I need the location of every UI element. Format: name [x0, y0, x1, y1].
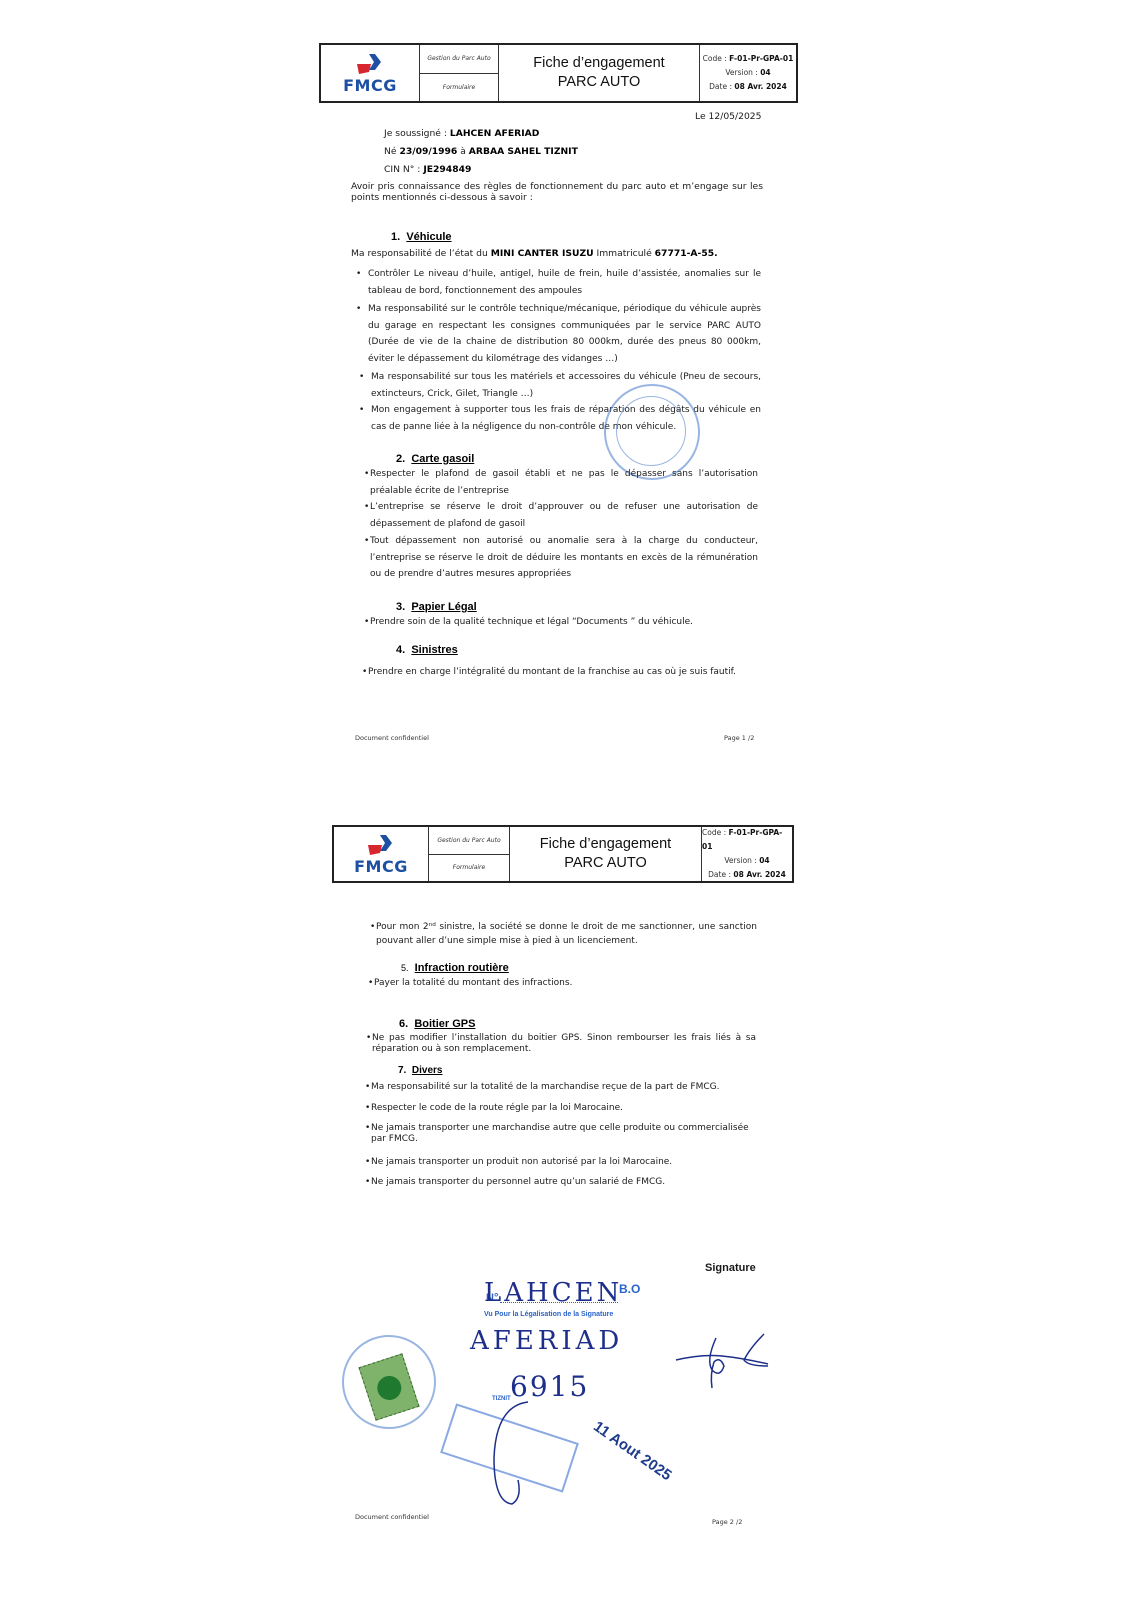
section-1-bullet-2: •Ma responsabilité sur le contrôle techn… [368, 301, 761, 367]
fiscal-stamp [358, 1353, 419, 1420]
brand-name: FMCG [343, 76, 397, 95]
sinistre-continued-bullet: •Pour mon 2ⁿᵈ sinistre, la société se do… [376, 920, 757, 948]
legalization-round-stamp [342, 1335, 436, 1429]
title-line-2: PARC AUTO [558, 73, 640, 92]
company-logo: FMCG [321, 45, 420, 101]
section-2-bullet-1: •Respecter le plafond de gasoil établi e… [370, 466, 758, 499]
section-2-bullet-3: •Tout dépassement non autorisé ou anomal… [370, 533, 758, 583]
stamp-date: 11 Aout 2025 [590, 1418, 674, 1484]
signature-mark-icon [672, 1330, 772, 1390]
title-line-2: PARC AUTO [564, 854, 646, 873]
doc-type-label: Formulaire [429, 855, 509, 882]
section-6-heading: 6. Boitier GPS [399, 1018, 475, 1030]
section-7-bullet-2: •Respecter le code de la route régle par… [371, 1100, 757, 1117]
section-5-heading: 5. Infraction routière [401, 962, 509, 974]
title-line-1: Fiche d’engagement [540, 835, 671, 854]
footer-page-number: Page 2 /2 [712, 1518, 742, 1526]
document-code-block: Code : F-01-Pr-GPA-01 Version : 04 Date … [700, 45, 796, 101]
doc-type-label: Formulaire [420, 74, 498, 102]
document-date: Le 12/05/2025 [695, 108, 761, 125]
handwritten-loop-icon [488, 1398, 538, 1508]
document-code-block: Code : F-01-Pr-GPA-01 Version : 04 Date … [702, 827, 792, 881]
document-title: Fiche d’engagement PARC AUTO [510, 827, 702, 881]
section-4-heading: 4. Sinistres [396, 644, 458, 656]
footer-page-number: Page 1 /2 [724, 734, 754, 742]
identity-birth: Né 23/09/1996 à ARBAA SAHEL TIZNIT [384, 143, 578, 160]
footer-confidential: Document confidentiel [355, 1513, 429, 1521]
code-line: Code : F-01-Pr-GPA-01 [702, 826, 792, 854]
section-1-bullet-4: •Mon engagement à supporter tous les fra… [371, 402, 761, 435]
version-line: Version : 04 [724, 854, 769, 868]
section-7-bullet-3: •Ne jamais transporter une marchandise a… [371, 1123, 761, 1145]
section-5-bullet-1: •Payer la totalité du montant des infrac… [374, 975, 754, 992]
handwritten-first-name: LAHCEN [484, 1278, 622, 1308]
section-1-bullet-3: •Ma responsabilité sur tous les matériel… [371, 369, 761, 402]
identity-name: Je soussigné : LAHCEN AFERIAD [384, 125, 539, 142]
section-1-bullet-1: •Contrôler Le niveau d’huile, antigel, h… [368, 266, 761, 299]
section-7-bullet-4: •Ne jamais transporter un produit non au… [371, 1154, 757, 1171]
page-1: FMCG Gestion du Parc Auto Formulaire Fic… [0, 0, 1131, 790]
stamp-vu-label: Vu Pour la Légalisation de la Signature [484, 1311, 613, 1318]
fmcg-arrow-icon [366, 833, 396, 857]
section-2-bullet-2: •L’entreprise se réserve le droit d’appr… [370, 499, 758, 532]
section-1-lead: Ma responsabilité de l’état du MINI CANT… [351, 245, 718, 262]
handwritten-last-name: AFERIAD [470, 1326, 623, 1356]
identity-cin: CIN N° : JE294849 [384, 161, 471, 178]
company-logo: FMCG [334, 827, 429, 881]
footer-confidential: Document confidentiel [355, 734, 429, 742]
section-2-heading: 2. Carte gasoil [396, 453, 474, 465]
section-7-bullet-5: •Ne jamais transporter du personnel autr… [371, 1174, 757, 1191]
document-header: FMCG Gestion du Parc Auto Formulaire Fic… [319, 43, 798, 103]
section-1-heading: 1. Véhicule [391, 231, 452, 243]
signature-label: Signature [705, 1260, 756, 1277]
brand-name: FMCG [354, 857, 408, 876]
document-header: FMCG Gestion du Parc Auto Formulaire Fic… [332, 825, 794, 883]
department-label: Gestion du Parc Auto [429, 827, 509, 855]
version-line: Version : 04 [725, 66, 770, 80]
document-title: Fiche d’engagement PARC AUTO [499, 45, 700, 101]
department-label: Gestion du Parc Auto [420, 45, 498, 74]
section-6-bullet-1: •Ne pas modifier l’installation du boiti… [372, 1033, 756, 1055]
code-line: Code : F-01-Pr-GPA-01 [703, 52, 794, 66]
date-line: Date : 08 Avr. 2024 [708, 868, 786, 882]
section-7-heading: 7. Divers [398, 1065, 442, 1076]
section-3-bullet-1: •Prendre soin de la qualité technique et… [370, 614, 760, 631]
section-7-bullet-1: •Ma responsabilité sur la totalité de la… [371, 1079, 757, 1096]
date-line: Date : 08 Avr. 2024 [709, 80, 787, 94]
section-3-heading: 3. Papier Légal [396, 601, 477, 613]
intro-paragraph: Avoir pris connaissance des règles de fo… [351, 181, 763, 203]
header-meta: Gestion du Parc Auto Formulaire [429, 827, 510, 881]
section-4-bullet-1: •Prendre en charge l’intégralité du mont… [368, 664, 763, 681]
header-meta: Gestion du Parc Auto Formulaire [420, 45, 499, 101]
page-2: FMCG Gestion du Parc Auto Formulaire Fic… [0, 790, 1131, 1599]
title-line-1: Fiche d’engagement [533, 54, 664, 73]
fmcg-arrow-icon [355, 52, 385, 76]
